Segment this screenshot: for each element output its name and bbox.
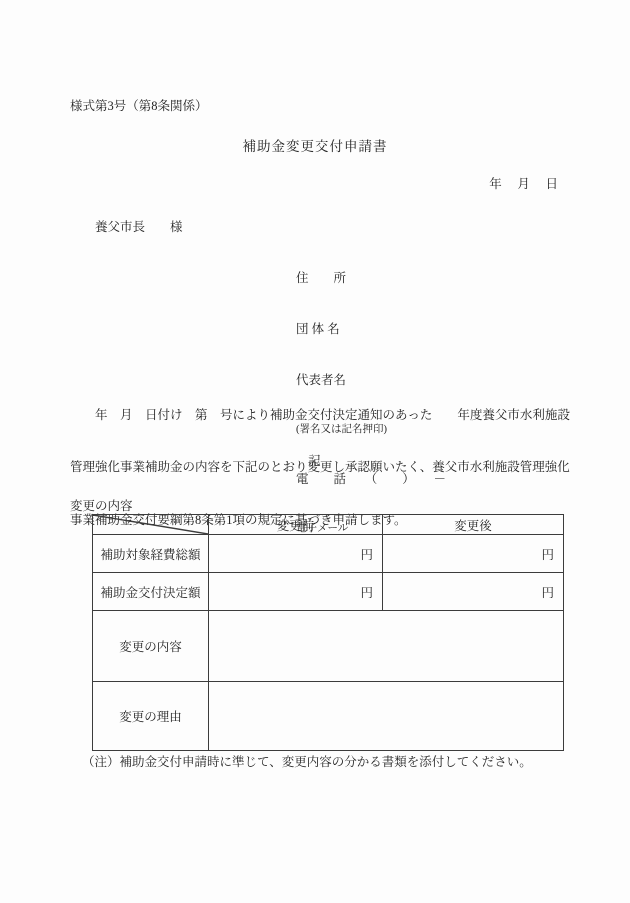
address-label: 住 所 xyxy=(296,268,446,289)
change-reason-cell xyxy=(209,682,564,751)
column-header-before: 変更前 xyxy=(209,515,383,535)
record-marker: 記 xyxy=(0,451,630,469)
form-number: 様式第3号（第8条関係） xyxy=(70,96,208,114)
table-row: 変更の理由 xyxy=(93,682,564,751)
body-line: 年 月 日付け 第 号により補助金交付決定通知のあった 年度養父市水利施設 xyxy=(70,404,570,426)
row-label: 補助対象経費総額 xyxy=(93,535,209,573)
page-title: 補助金変更交付申請書 xyxy=(0,135,630,155)
footnote: （注）補助金交付申請時に準じて、変更内容の分かる書類を添付してください。 xyxy=(82,752,532,770)
row-label: 補助金交付決定額 xyxy=(93,573,209,611)
table-row: 補助金交付決定額 円 円 xyxy=(93,573,564,611)
row-label: 変更の理由 xyxy=(93,682,209,751)
table-row: 補助対象経費総額 円 円 xyxy=(93,535,564,573)
after-amount-cell: 円 xyxy=(383,573,564,611)
document-page: 様式第3号（第8条関係） 補助金変更交付申請書 年 月 日 養父市長 様 住 所… xyxy=(0,0,630,903)
diagonal-header-cell xyxy=(93,515,209,535)
change-content-cell xyxy=(209,611,564,682)
after-amount-cell: 円 xyxy=(383,535,564,573)
table-row: 変更の内容 xyxy=(93,611,564,682)
addressee-line: 養父市長 様 xyxy=(95,217,183,235)
date-line: 年 月 日 xyxy=(489,174,558,192)
before-amount-cell: 円 xyxy=(209,535,383,573)
diagonal-line xyxy=(93,515,208,534)
table-header-row: 変更前 変更後 xyxy=(93,515,564,535)
column-header-after: 変更後 xyxy=(383,515,564,535)
row-label: 変更の内容 xyxy=(93,611,209,682)
before-amount-cell: 円 xyxy=(209,573,383,611)
table-caption: 変更の内容 xyxy=(70,496,133,514)
change-table: 変更前 変更後 補助対象経費総額 円 円 補助金交付決定額 円 円 変更の内容 … xyxy=(92,514,564,751)
organization-label: 団 体 名 xyxy=(296,319,446,340)
